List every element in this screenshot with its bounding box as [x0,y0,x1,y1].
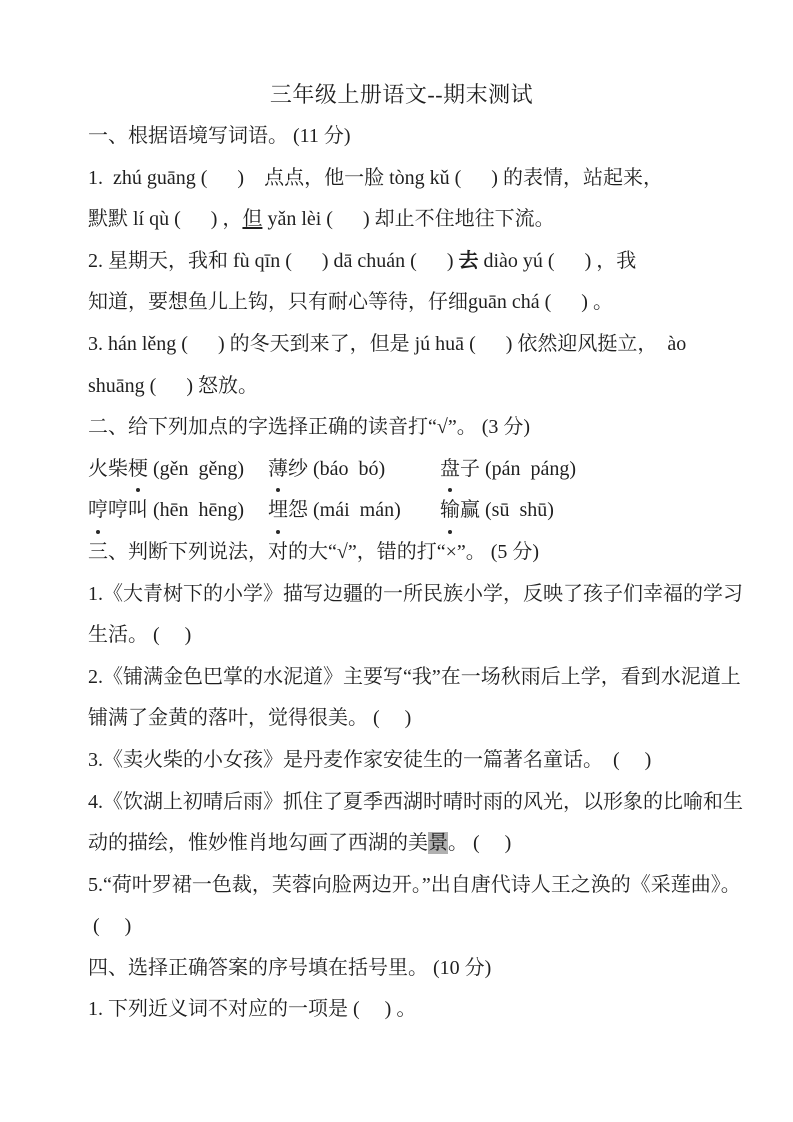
text-segment: 3. hán lěng ( ) 的冬天到来了，但是 jú huā ( ) 依然迎… [88,333,686,355]
text-segment: 默默 lí qù ( ) ， [88,208,242,230]
dotted-character: 输 [440,490,460,532]
pronunciation-item: 薄纱 (báo bó) [268,449,440,491]
text-segment: 2.《铺满金色巴掌的水泥道》主要写“我”在一场秋雨后上学，看到水泥道上 [88,666,741,688]
text-line: 动的描绘，惟妙惟肖地勾画了西湖的美景。 ( ) [88,823,715,865]
text-line: 2.《铺满金色巴掌的水泥道》主要写“我”在一场秋雨后上学，看到水泥道上 [88,657,715,699]
pronunciation-item: 输赢 (sū shū) [440,490,554,532]
text-segment: 3.《卖火柴的小女孩》是丹麦作家安徒生的一篇著名童话。 ( ) [88,749,651,771]
pronunciation-item: 哼哼叫 (hēn hēng) [88,490,268,532]
text-segment: 2. 星期天，我和 fù qīn ( ) dā chuán ( ) [88,250,459,272]
pronunciation-row: 火柴梗 (gěn gěng)薄纱 (báo bó)盘子 (pán páng) [88,449,715,491]
text-segment: diào yú ( ) ，我 [479,250,637,272]
text-line: 2. 星期天，我和 fù qīn ( ) dā chuán ( ) 去 diào… [88,241,715,283]
dotted-character: 梗 [128,449,148,491]
text-segment: 生活。 ( ) [88,624,191,646]
document-title: 三年级上册语文--期末测试 [88,74,715,116]
section-heading-1: 一、根据语境写词语。 (11 分) [88,116,715,158]
text-line: shuāng ( ) 怒放。 [88,366,715,408]
text-segment: 1. 下列近义词不对应的一项是 ( ) 。 [88,998,416,1020]
bold-character: 去 [459,250,479,272]
text-line: ( ) [88,906,715,948]
text-line: 知道，要想鱼儿上钩，只有耐心等待，仔细guān chá ( ) 。 [88,282,715,324]
text-line: 1. 下列近义词不对应的一项是 ( ) 。 [88,989,715,1031]
text-line: 1. zhú guāng ( ) 点点，他一脸 tòng kǔ ( ) 的表情，… [88,158,715,200]
text-line: 1.《大青树下的小学》描写边疆的一所民族小学，反映了孩子们幸福的学习 [88,574,715,616]
dotted-character: 哼 [88,490,108,532]
text-line: 5.“荷叶罗裙一色裁，芙蓉向脸两边开。”出自唐代诗人王之涣的《采莲曲》。 [88,865,715,907]
text-segment: 1. zhú guāng ( ) 点点，他一脸 tòng kǔ ( ) 的表情，… [88,167,663,189]
dotted-character: 盘 [440,449,460,491]
text-line: 4.《饮湖上初晴后雨》抓住了夏季西湖时晴时雨的风光，以形象的比喻和生 [88,782,715,824]
document-body: 一、根据语境写词语。 (11 分)1. zhú guāng ( ) 点点，他一脸… [88,116,715,1031]
text-segment: yǎn lèi ( ) 却止不住地往下流。 [262,208,554,230]
text-segment: 知道，要想鱼儿上钩，只有耐心等待，仔细guān chá ( ) 。 [88,291,613,313]
section-heading-3: 三、判断下列说法，对的大“√”，错的打“×”。 (5 分) [88,532,715,574]
text-segment: 铺满了金黄的落叶，觉得很美。 ( ) [88,707,411,729]
text-segment: 4.《饮湖上初晴后雨》抓住了夏季西湖时晴时雨的风光，以形象的比喻和生 [88,791,743,813]
pronunciation-item: 盘子 (pán páng) [440,449,576,491]
underlined-character: 但 [242,208,262,230]
text-segment: 动的描绘，惟妙惟肖地勾画了西湖的美 [88,832,428,854]
text-line: 3.《卖火柴的小女孩》是丹麦作家安徒生的一篇著名童话。 ( ) [88,740,715,782]
section-heading-2: 二、给下列加点的字选择正确的读音打“√”。 (3 分) [88,407,715,449]
dotted-character: 薄 [268,449,288,491]
text-line: 3. hán lěng ( ) 的冬天到来了，但是 jú huā ( ) 依然迎… [88,324,715,366]
pronunciation-row: 哼哼叫 (hēn hēng)埋怨 (mái mán)输赢 (sū shū) [88,490,715,532]
dotted-character: 埋 [268,490,288,532]
highlighted-character: 景 [428,832,448,854]
text-line: 默默 lí qù ( ) ，但 yǎn lèi ( ) 却止不住地往下流。 [88,199,715,241]
pronunciation-item: 埋怨 (mái mán) [268,490,440,532]
text-segment: 。 ( ) [448,832,511,854]
section-heading-4: 四、选择正确答案的序号填在括号里。 (10 分) [88,948,715,990]
text-segment: shuāng ( ) 怒放。 [88,375,258,397]
text-segment: ( ) [88,915,131,937]
page: 三年级上册语文--期末测试 一、根据语境写词语。 (11 分)1. zhú gu… [0,0,793,1122]
pronunciation-item: 火柴梗 (gěn gěng) [88,449,268,491]
text-segment: 5.“荷叶罗裙一色裁，芙蓉向脸两边开。”出自唐代诗人王之涣的《采莲曲》。 [88,874,741,896]
text-line: 生活。 ( ) [88,615,715,657]
text-segment: 1.《大青树下的小学》描写边疆的一所民族小学，反映了孩子们幸福的学习 [88,583,743,605]
text-line: 铺满了金黄的落叶，觉得很美。 ( ) [88,698,715,740]
